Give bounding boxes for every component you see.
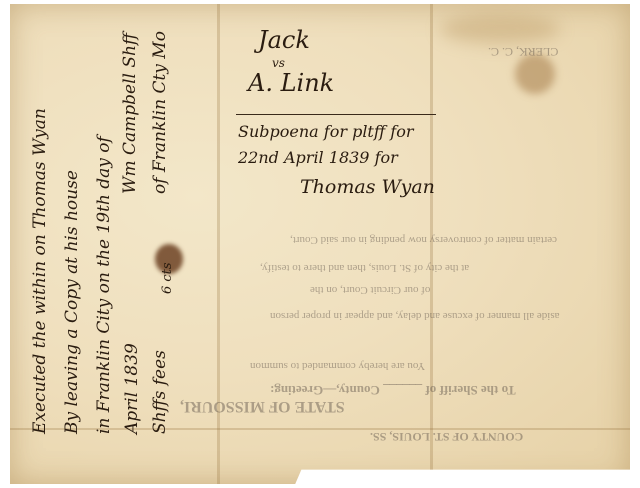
document-paper: CLERK, C. C. certain matter of controver…: [10, 4, 630, 484]
docket-line-1: Subpoena for pltff for: [238, 122, 413, 141]
bleed-line: aside all manner of excuse and delay, an…: [270, 310, 559, 322]
water-stain: [440, 14, 560, 44]
return-line-2: By leaving a Copy at his house: [62, 170, 82, 434]
bleed-clerk: CLERK, C. C.: [488, 44, 558, 59]
return-line-5: Shffs fees: [150, 350, 170, 434]
bleed-line: of our Circuit Court, on the: [310, 284, 430, 296]
bleed-sheriff-line: To the Sheriff of ______ County,—Greetin…: [270, 382, 516, 398]
docket-plaintiff: Jack: [258, 26, 310, 54]
return-signature-county: of Franklin Cty Mo: [150, 31, 170, 194]
bleed-county-heading: COUNTY OF ST. LOUIS, SS.: [370, 429, 523, 444]
return-fee: 6 cts: [160, 262, 175, 294]
docket-line-2: 22nd April 1839 for: [238, 148, 398, 167]
return-line-4: April 1839: [122, 343, 142, 434]
bleed-line: at the city of St. Louis, then and there…: [260, 262, 469, 274]
docket-rule: [236, 114, 436, 115]
docket-versus: vs: [272, 56, 285, 70]
return-line-1: Executed the within on Thomas Wyan: [30, 108, 50, 434]
docket-witness: Thomas Wyan: [300, 176, 435, 198]
bleed-line: You are hereby commanded to summon: [250, 360, 425, 372]
return-signature: Wm Campbell Shff: [120, 33, 140, 194]
bleed-line: certain matter of controversy now pendin…: [290, 234, 557, 246]
return-line-3: in Franklin City on the 19th day of: [94, 136, 114, 434]
docket-defendant: A. Link: [248, 69, 334, 97]
water-stain: [515, 54, 555, 94]
bleed-state-heading: STATE OF MISSOURI,: [180, 397, 345, 415]
